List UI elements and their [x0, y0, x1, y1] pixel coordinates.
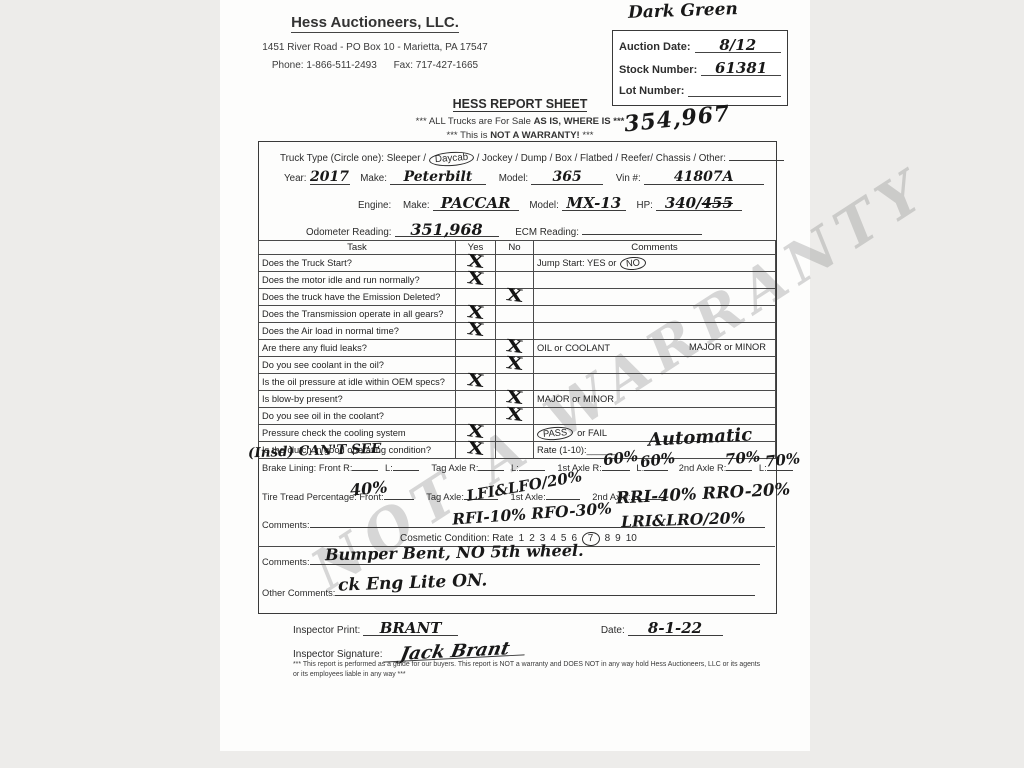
report-subtitle-1: *** ALL Trucks are For Sale AS IS, WHERE… — [380, 116, 660, 127]
vehicle-id-line: Year:2017 Make:Peterbilt Model:365 Vin #… — [284, 171, 764, 185]
task-comment-cell — [534, 357, 776, 374]
truck-type-post: / Jockey / Dump / Box / Flatbed / Reefer… — [477, 153, 726, 164]
report-subtitle-2: *** This is NOT A WARRANTY! *** — [380, 130, 660, 141]
task-yes-cell — [456, 340, 496, 357]
yes-x-mark: X — [467, 443, 485, 455]
brake-tag-l-label: L: — [511, 463, 519, 473]
odometer-value: 351,968 — [395, 223, 499, 237]
main-comments-label: Comments: — [262, 557, 310, 567]
header-comments: Comments — [534, 241, 776, 255]
truck-type-circled-daycab: Daycab — [428, 150, 474, 167]
tire-tag-label: Tag Axle: — [426, 492, 464, 502]
yes-x-mark: X — [467, 375, 485, 387]
task-yes-cell: X — [456, 442, 496, 459]
yes-x-mark: X — [467, 256, 485, 268]
engine-make-value: PACCAR — [433, 197, 519, 211]
inspector-print-value: BRANT — [363, 622, 458, 636]
cosmetic-rating-circled: 7 — [582, 531, 600, 546]
model-value: 365 — [531, 171, 603, 185]
task-no-cell — [496, 425, 534, 442]
inspector-signature-line: Inspector Signature: Jack Brant — [293, 645, 525, 660]
task-comment-cell: OIL or COOLANTMAJOR or MINOR — [534, 340, 776, 357]
lot-number-value — [688, 96, 781, 97]
model-label: Model: — [499, 173, 528, 184]
stock-number-value: 61381 — [701, 62, 781, 76]
comment-text: OIL or COOLANT — [537, 343, 610, 353]
other-comments-label: Other Comments: — [262, 588, 335, 598]
brake-front-l-label: L: — [385, 463, 393, 473]
task-comment-cell: MAJOR or MINOR — [534, 391, 776, 408]
company-fax: Fax: 717-427-1665 — [394, 60, 479, 71]
brake-axle2-label: 2nd Axle R: — [679, 463, 727, 473]
task-comment-cell — [534, 374, 776, 391]
task-label: Are there any fluid leaks? — [259, 340, 456, 357]
task-no-cell: X — [496, 357, 534, 374]
make-value: Peterbilt — [390, 171, 486, 185]
task-row: Does the truck have the Emission Deleted… — [259, 289, 776, 306]
cosmetic-rating-number: 8 — [605, 533, 611, 544]
report-sheet-page: NOT A WARRANTY Hess Auctioneers, LLC. 14… — [220, 0, 810, 751]
comment-text: MAJOR or MINOR — [537, 394, 614, 404]
truck-type-other-blank — [729, 150, 784, 161]
ecm-label: ECM Reading: — [515, 227, 579, 238]
task-row: Does the Transmission operate in all gea… — [259, 306, 776, 323]
header-task: Task — [259, 241, 456, 255]
engine-label: Engine: — [358, 200, 391, 211]
no-x-mark: X — [506, 358, 524, 370]
subtitle2-post: *** — [582, 130, 593, 141]
company-name: Hess Auctioneers, LLC. — [291, 14, 459, 33]
task-comment-cell — [534, 408, 776, 425]
task-label: Does the Transmission operate in all gea… — [259, 306, 456, 323]
company-header: Hess Auctioneers, LLC. 1451 River Road -… — [250, 14, 500, 71]
vin-value: 41807A — [644, 171, 764, 185]
tire-front-value: 40% — [349, 477, 388, 499]
task-label: Pressure check the cooling system — [259, 425, 456, 442]
brake-lining-line: Brake Lining: Front R: L: Tag Axle R: L:… — [262, 460, 793, 473]
no-x-mark: X — [506, 409, 524, 421]
yes-x-mark: X — [467, 324, 485, 336]
mid-comments-line: Comments: — [262, 517, 765, 530]
odometer-line: Odometer Reading:351,968 ECM Reading: — [306, 223, 702, 238]
auction-date-value: 8/12 — [695, 39, 782, 53]
task-label: Do you see oil in the coolant? — [259, 408, 456, 425]
inspection-date-label: Date: — [601, 625, 625, 636]
no-x-mark: X — [506, 392, 524, 404]
comment-circled-text: PASS — [537, 425, 574, 440]
brake-front-label: Brake Lining: Front R: — [262, 463, 352, 473]
year-label: Year: — [284, 173, 307, 184]
task-comment-cell — [534, 306, 776, 323]
auction-date-row: Auction Date: 8/12 — [619, 39, 781, 53]
comment-text: or FAIL — [577, 428, 607, 438]
engine-model-value: MX-13 — [562, 197, 626, 211]
subtitle2-bold: NOT A WARRANTY! — [490, 130, 580, 141]
task-no-cell: X — [496, 408, 534, 425]
task-label: Does the motor idle and run normally? — [259, 272, 456, 289]
mid-comments-label: Comments: — [262, 520, 310, 530]
task-comment-cell — [534, 323, 776, 340]
task-label: Does the Truck Start? — [259, 255, 456, 272]
task-label: Is the oil pressure at idle within OEM s… — [259, 374, 456, 391]
task-no-cell — [496, 306, 534, 323]
hp-label: HP: — [637, 200, 653, 211]
engine-model-label: Model: — [529, 200, 558, 211]
cosmetic-rating-number: 9 — [615, 533, 621, 544]
scanned-document-viewport: { "header": { "company": "Hess Auctionee… — [0, 0, 1024, 768]
task-label: Does the truck have the Emission Deleted… — [259, 289, 456, 306]
brake-tag-label: Tag Axle R: — [431, 463, 478, 473]
brake-axle2-l-value: 70% — [764, 449, 801, 471]
task-row: Do you see oil in the coolant?X — [259, 408, 776, 425]
company-phone: Phone: 1-866-511-2493 — [272, 60, 377, 71]
task-label: Does the Air load in normal time? — [259, 323, 456, 340]
stock-number-row: Stock Number: 61381 — [619, 62, 781, 76]
task-row: Does the Truck Start?XJump Start: YES or… — [259, 255, 776, 272]
engine-line: Engine: Make:PACCAR Model:MX-13 HP:340/4… — [358, 197, 742, 211]
ecm-value-blank — [582, 224, 702, 235]
yes-x-mark: X — [467, 426, 485, 438]
task-label: Do you see coolant in the oil? — [259, 357, 456, 374]
task-comment-cell — [534, 289, 776, 306]
task-table-header-row: Task Yes No Comments — [259, 241, 776, 255]
year-value: 2017 — [310, 171, 350, 185]
no-x-mark: X — [506, 341, 524, 353]
truck-type-pre: Truck Type (Circle one): Sleeper / — [280, 153, 426, 164]
auction-date-label: Auction Date: — [619, 41, 691, 53]
task-comment-cell: Jump Start: YES orNO — [534, 255, 776, 272]
task-yes-cell: X — [456, 272, 496, 289]
task-row: Do you see coolant in the oil?X — [259, 357, 776, 374]
odometer-label: Odometer Reading: — [306, 227, 392, 238]
task-yes-cell — [456, 391, 496, 408]
cosmetic-rating-number: 10 — [626, 533, 637, 544]
subtitle1-normal: *** ALL Trucks are For Sale — [416, 116, 531, 127]
company-address: 1451 River Road - PO Box 10 - Marietta, … — [250, 42, 500, 53]
hp-value: 340/455 — [656, 197, 742, 211]
handwritten-color-note: Dark Green — [628, 0, 739, 23]
report-title: HESS REPORT SHEET — [453, 97, 588, 112]
hp-value-struck: 455 — [702, 194, 733, 212]
comment-text: Jump Start: YES or — [537, 258, 616, 268]
yes-x-mark: X — [467, 307, 485, 319]
disclaimer-text: *** This report is performed as a guide … — [293, 660, 765, 679]
inspector-print-line: Inspector Print: BRANT Date: 8-1-22 — [293, 622, 723, 636]
header-no: No — [496, 241, 534, 255]
company-contact-line: Phone: 1-866-511-2493 Fax: 717-427-1665 — [250, 60, 500, 71]
other-comments-line: Other Comments: — [262, 585, 755, 598]
make-label: Make: — [360, 173, 387, 184]
inspector-print-label: Inspector Print: — [293, 625, 360, 636]
task-yes-cell: X — [456, 374, 496, 391]
task-no-cell — [496, 442, 534, 459]
task-yes-cell: X — [456, 323, 496, 340]
no-x-mark: X — [506, 290, 524, 302]
hp-value-kept: 340/ — [665, 194, 702, 212]
engine-make-label: Make: — [403, 200, 430, 211]
task-label: Is blow-by present? — [259, 391, 456, 408]
yes-x-mark: X — [467, 273, 485, 285]
task-no-cell — [496, 255, 534, 272]
vin-label: Vin #: — [616, 173, 641, 184]
brake-axle2-r-value: 70% — [724, 447, 761, 469]
comment-circled-text: NO — [620, 256, 647, 271]
subtitle1-bold: AS IS, WHERE IS *** — [534, 116, 625, 127]
inspection-date-value: 8-1-22 — [628, 622, 723, 636]
comment-text: MAJOR or MINOR — [689, 342, 766, 352]
stock-number-label: Stock Number: — [619, 64, 697, 76]
truck-type-line: Truck Type (Circle one): Sleeper / Dayca… — [280, 150, 784, 166]
task-comment-cell — [534, 272, 776, 289]
subtitle2-pre: *** This is — [447, 130, 488, 141]
report-title-block: HESS REPORT SHEET *** ALL Trucks are For… — [380, 95, 660, 141]
inspector-signature-label: Inspector Signature: — [293, 649, 383, 660]
task-no-cell: X — [496, 289, 534, 306]
